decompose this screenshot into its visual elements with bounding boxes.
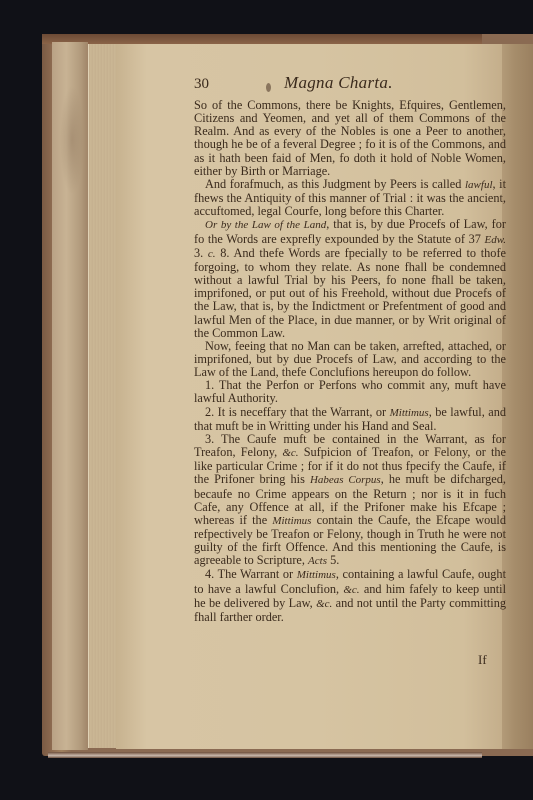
italic-text: &c. [316,598,332,610]
cover-stain [60,85,84,195]
text-segment: 5. [327,553,339,567]
running-title: Magna Charta. [284,76,393,89]
paragraph: And forafmuch, as this Judgment by Peers… [194,178,506,218]
text-segment: Now, feeing that no Man can be taken, ar… [194,339,506,379]
paragraph: 3. The Caufe muft be contained in the Wa… [194,433,506,569]
running-head: 30 Magna Charta. [194,76,506,98]
gutter-shadow [502,44,533,749]
italic-text: Mittimus [272,515,311,527]
text-segment: 4. The Warrant or [205,567,297,581]
text-segment: 8. And thefe Words are fpecially to be r… [194,246,506,340]
text-segment: And forafmuch, as this Judgment by Peers… [205,177,465,191]
italic-text: Edw. [485,234,507,246]
italic-text: &c. [282,447,298,459]
book-photo: 30 Magna Charta. So of the Commons, ther… [0,0,533,800]
text-segment: So of the Commons, there be Knights, Efq… [194,98,506,178]
italic-text: lawful [465,179,493,191]
text-segment: 2. It is neceffary that the Warrant, or [205,405,390,419]
italic-text: Mittimus [390,407,429,419]
italic-text: Or by the Law of the Land [205,219,326,231]
paragraph: 1. That the Perfon or Perfons who commit… [194,379,506,405]
text-segment: 1. That the Perfon or Perfons who commit… [194,378,506,405]
page-number: 30 [194,78,209,91]
page-edges [88,44,119,748]
cover-top-edge [42,34,482,44]
paragraph: So of the Commons, there be Knights, Efq… [194,99,506,178]
paragraph: 4. The Warrant or Mittimus, containing a… [194,568,506,624]
catchword: If [478,652,487,668]
paragraph: Or by the Law of the Land, that is, by d… [194,218,506,339]
italic-text: &c. [343,584,359,596]
page-text: 30 Magna Charta. So of the Commons, ther… [194,76,506,624]
italic-text: Mittimus [297,569,336,581]
italic-text: c. [208,248,216,260]
text-segment: 3. [194,246,208,260]
paragraph: Now, feeing that no Man can be taken, ar… [194,340,506,379]
italic-text: Habeas Corpus [310,474,381,486]
body-text: So of the Commons, there be Knights, Efq… [194,99,506,624]
cover-bottom-edge [48,752,482,758]
italic-text: Acts [308,555,327,567]
paragraph: 2. It is neceffary that the Warrant, or … [194,406,506,433]
